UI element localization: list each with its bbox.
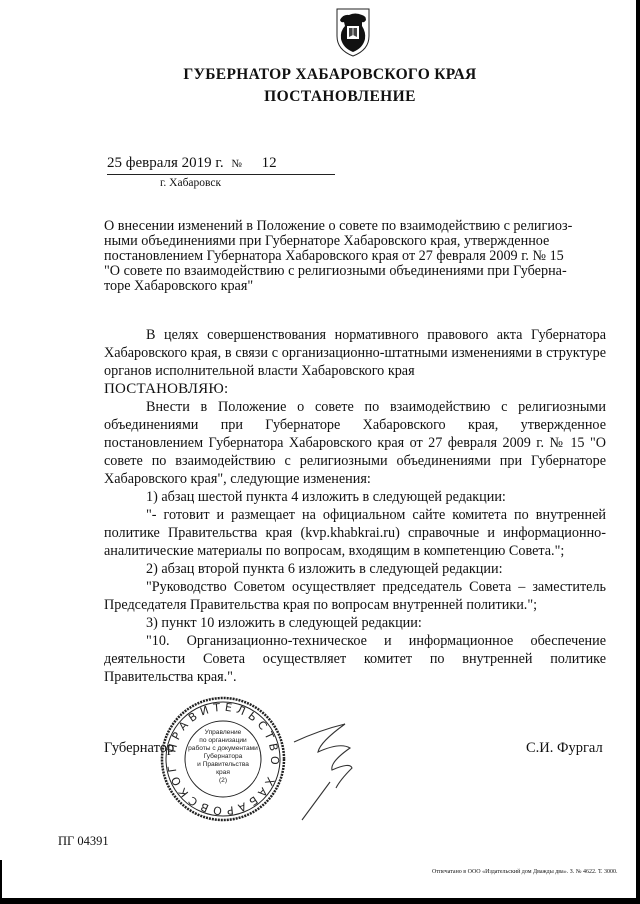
item-1-text: "- готовит и размещает на официальном са… xyxy=(104,506,606,560)
handwritten-signature-icon xyxy=(290,712,380,822)
item-1-instruction: 1) абзац шестой пункта 4 изложить в след… xyxy=(104,488,606,506)
date-number-line: 25 февраля 2019 г. № 12 xyxy=(107,155,335,175)
print-note: Отпечатано в ООО «Издательский дом Дважд… xyxy=(432,869,618,875)
document-type: ПОСТАНОВЛЕНИЕ xyxy=(0,88,640,106)
issuer-title: ГУБЕРНАТОР ХАБАРОВСКОГО КРАЯ xyxy=(0,66,640,84)
subject-line: ными объединениями при Губернаторе Хабар… xyxy=(104,234,606,249)
document-code: ПГ 04391 xyxy=(58,834,109,849)
document-number: 12 xyxy=(262,155,277,171)
item-2-instruction: 2) абзац второй пункта 6 изложить в след… xyxy=(104,560,606,578)
subject-line: О внесении изменений в Положение о совет… xyxy=(104,219,606,234)
official-stamp-icon: ПРАВИТЕЛЬСТВО ХАБАРОВСКОГО КРАЯ • Управл… xyxy=(160,696,286,822)
stamp-line: по организации xyxy=(199,737,247,744)
subject-line: "О совете по взаимодействию с религиозны… xyxy=(104,264,606,279)
item-3-instruction: 3) пункт 10 изложить в следующей редакци… xyxy=(104,614,606,632)
document-body: В целях совершенствования нормативного п… xyxy=(104,326,606,686)
item-2-text: "Руководство Советом осуществляет предсе… xyxy=(104,578,606,614)
document-city: г. Хабаровск xyxy=(160,177,221,189)
document-subject: О внесении изменений в Положение о совет… xyxy=(104,219,606,294)
subject-line: торе Хабаровского края" xyxy=(104,279,606,294)
stamp-line: края xyxy=(216,769,230,776)
signatory-name: С.И. Фургал xyxy=(526,740,603,757)
decree-word: ПОСТАНОВЛЯЮ: xyxy=(104,380,606,398)
stamp-line: Управление xyxy=(205,729,242,736)
stamp-line: работы с документами xyxy=(188,744,258,752)
scan-border-right xyxy=(636,0,640,904)
subject-line: постановлением Губернатора Хабаровского … xyxy=(104,249,606,264)
intro-paragraph: Внести в Положение о совете по взаимодей… xyxy=(104,398,606,488)
coat-of-arms-icon xyxy=(335,6,371,58)
item-3-text: "10. Организационно-техническое и информ… xyxy=(104,632,606,686)
stamp-line: и Правительства xyxy=(197,761,249,768)
stamp-line: (2) xyxy=(219,777,227,784)
preamble-paragraph: В целях совершенствования нормативного п… xyxy=(104,326,606,380)
scan-border-left xyxy=(0,860,2,904)
document-date: 25 февраля 2019 г. xyxy=(107,155,224,172)
scan-border-bottom xyxy=(0,898,640,904)
number-sign: № xyxy=(231,158,242,170)
stamp-line: Губернатора xyxy=(204,752,243,760)
